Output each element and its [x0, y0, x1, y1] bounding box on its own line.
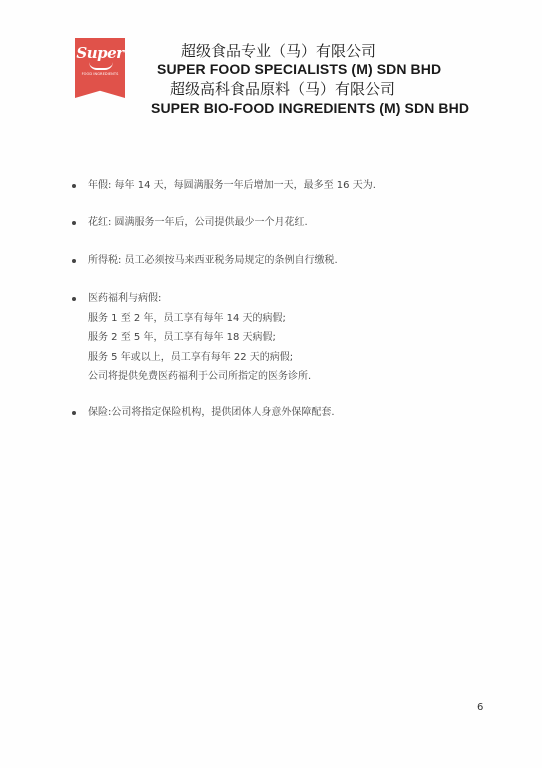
page-number: 6: [477, 702, 483, 713]
benefit-income-tax: 所得税: 员工必须按马来西亚税务局规定的条例自行缴税.: [72, 251, 338, 271]
benefit-annual-leave: 年假: 每年 14 天，每圆满服务一年后增加一天，最多至 16 天为.: [72, 176, 376, 196]
benefit-medical-sick-leave: 医药福利与病假: 服务 1 至 2 年，员工享有每年 14 天的病假; 服务 2…: [72, 289, 311, 387]
medical-benefit-line: 公司将提供免费医药福利于公司所指定的医务诊所.: [88, 367, 311, 387]
benefit-bonus: 花红: 圆满服务一年后，公司提供最少一个月花红.: [72, 213, 308, 233]
logo-subtitle: FOOD INGREDIENTS: [75, 72, 125, 76]
logo-smile-icon: [89, 62, 113, 70]
benefit-insurance: 保险:公司将指定保险机构，提供团体人身意外保障配套.: [72, 403, 335, 423]
bullet-icon: [72, 297, 76, 301]
benefit-text: 花红: 圆满服务一年后，公司提供最少一个月花红.: [88, 217, 308, 228]
benefit-text: 所得税: 员工必须按马来西亚税务局规定的条例自行缴税.: [88, 255, 338, 266]
benefit-text: 医药福利与病假:: [88, 293, 161, 304]
company-name-cn-1: 超级食品专业（马）有限公司: [181, 40, 376, 61]
sick-leave-line-3: 服务 5 年或以上，员工享有每年 22 天的病假;: [88, 348, 311, 368]
super-logo: Super FOOD INGREDIENTS: [75, 38, 125, 98]
bullet-icon: [72, 221, 76, 225]
benefit-text: 保险:公司将指定保险机构，提供团体人身意外保障配套.: [88, 407, 335, 418]
company-name-cn-2: 超级高科食品原料（马）有限公司: [170, 78, 395, 99]
document-page: Super FOOD INGREDIENTS 超级食品专业（马）有限公司 SUP…: [0, 0, 542, 768]
benefit-text: 年假: 每年 14 天，每圆满服务一年后增加一天，最多至 16 天为.: [88, 180, 376, 191]
company-name-en-1: SUPER FOOD SPECIALISTS (M) SDN BHD: [157, 61, 441, 77]
sick-leave-line-2: 服务 2 至 5 年，员工享有每年 18 天病假;: [88, 328, 311, 348]
bullet-icon: [72, 411, 76, 415]
company-name-en-2: SUPER BIO-FOOD INGREDIENTS (M) SDN BHD: [151, 100, 469, 116]
bullet-icon: [72, 184, 76, 188]
sick-leave-line-1: 服务 1 至 2 年，员工享有每年 14 天的病假;: [88, 309, 311, 329]
bullet-icon: [72, 259, 76, 263]
logo-wordmark: Super: [75, 44, 125, 62]
